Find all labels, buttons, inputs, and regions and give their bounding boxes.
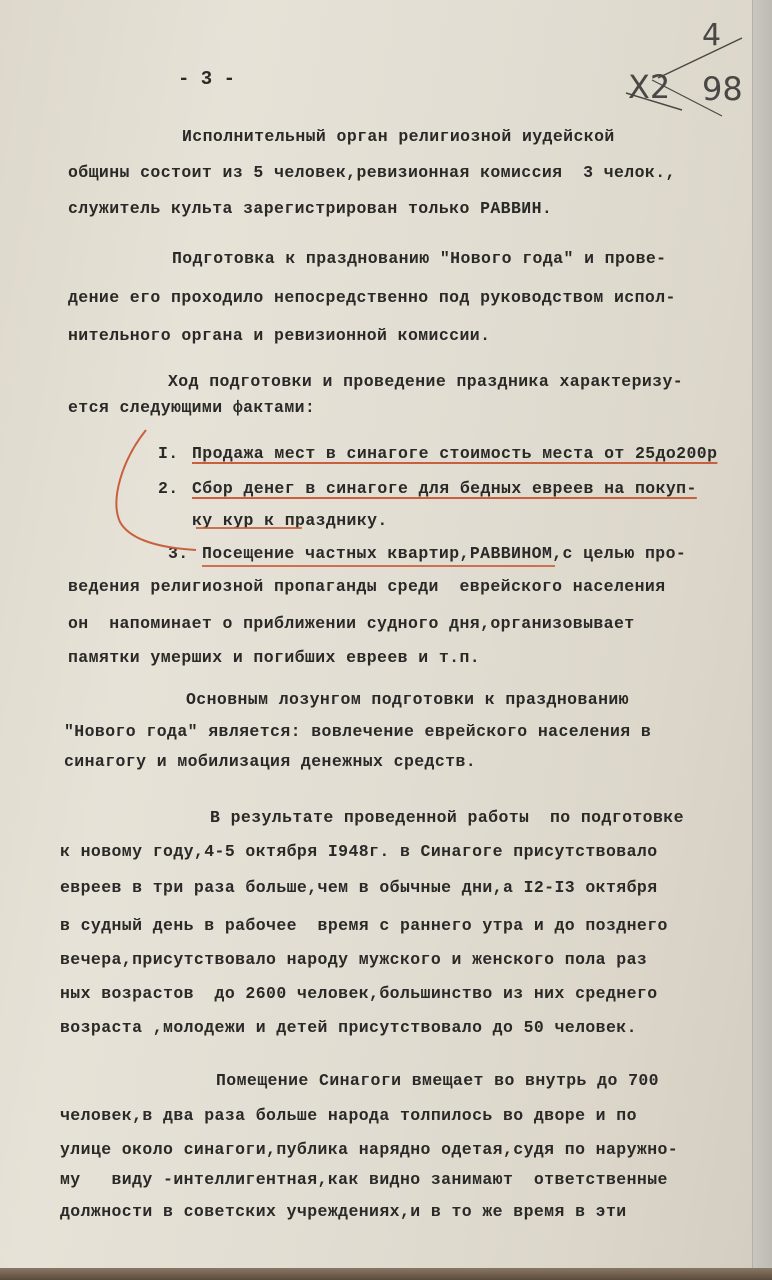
- text-line: ведения религиозной пропаганды среди евр…: [68, 577, 666, 596]
- text-line: он напоминает о приближении судного дня,…: [68, 614, 635, 633]
- text-line: общины состоит из 5 человек,ревизионная …: [68, 163, 676, 182]
- table-surface: [0, 1268, 772, 1280]
- text-line: возраста ,молодежи и детей присутствовал…: [60, 1018, 637, 1037]
- text-line: Основным лозунгом подготовки к празднова…: [186, 690, 629, 709]
- text-line: человек,в два раза больше народа толпило…: [60, 1106, 637, 1125]
- text-line: к новому году,4-5 октября I948г. в Синаг…: [60, 842, 658, 861]
- text-line: евреев в три раза больше,чем в обычные д…: [60, 878, 658, 897]
- text-line: улице около синагоги,публика нарядно оде…: [60, 1140, 678, 1159]
- text-line: Исполнительный орган религиозной иудейск…: [182, 127, 615, 146]
- archive-folio-mark: 4 Х2 98: [622, 18, 752, 118]
- list-item-text: Посещение частных квартир,РАВВИНОМ,с цел…: [202, 544, 686, 563]
- text-line: ется следующими фактами:: [68, 398, 315, 417]
- text-line: Ход подготовки и проведение праздника ха…: [168, 372, 683, 391]
- text-line: дение его проходило непосредственно под …: [68, 288, 676, 307]
- text-line: Подготовка к празднованию "Нового года" …: [172, 249, 666, 268]
- text-line: "Нового года" является: вовлечение еврей…: [64, 722, 651, 741]
- text-line: му виду -интеллигентная,как видно занима…: [60, 1170, 668, 1189]
- list-item-number: I.: [158, 444, 179, 463]
- page-edge: [752, 0, 772, 1270]
- text-line: в судный день в рабочее время с раннего …: [60, 916, 668, 935]
- text-line: ных возрастов до 2600 человек,большинств…: [60, 984, 658, 1003]
- text-line: памятки умерших и погибших евреев и т.п.: [68, 648, 480, 667]
- list-item-number: 2.: [158, 479, 179, 498]
- list-item-text: Продажа мест в синагоге стоимость места …: [192, 444, 717, 463]
- text-line: служитель культа зарегистрирован только …: [68, 199, 552, 218]
- text-line: должности в советских учреждениях,и в то…: [60, 1202, 627, 1221]
- text-line: вечера,присутствовало народу мужского и …: [60, 950, 647, 969]
- text-line: синагогу и мобилизация денежных средств.: [64, 752, 476, 771]
- page-number: - 3 -: [178, 68, 235, 90]
- text-line: В результате проведенной работы по подго…: [210, 808, 684, 827]
- list-item-text: ку кур к празднику.: [192, 511, 388, 530]
- list-item-number: 3.: [168, 544, 189, 563]
- list-item-text: Сбор денег в синагоге для бедных евреев …: [192, 479, 697, 498]
- text-line: Помещение Синагоги вмещает во внутрь до …: [216, 1071, 659, 1090]
- text-line: нительного органа и ревизионной комиссии…: [68, 326, 490, 345]
